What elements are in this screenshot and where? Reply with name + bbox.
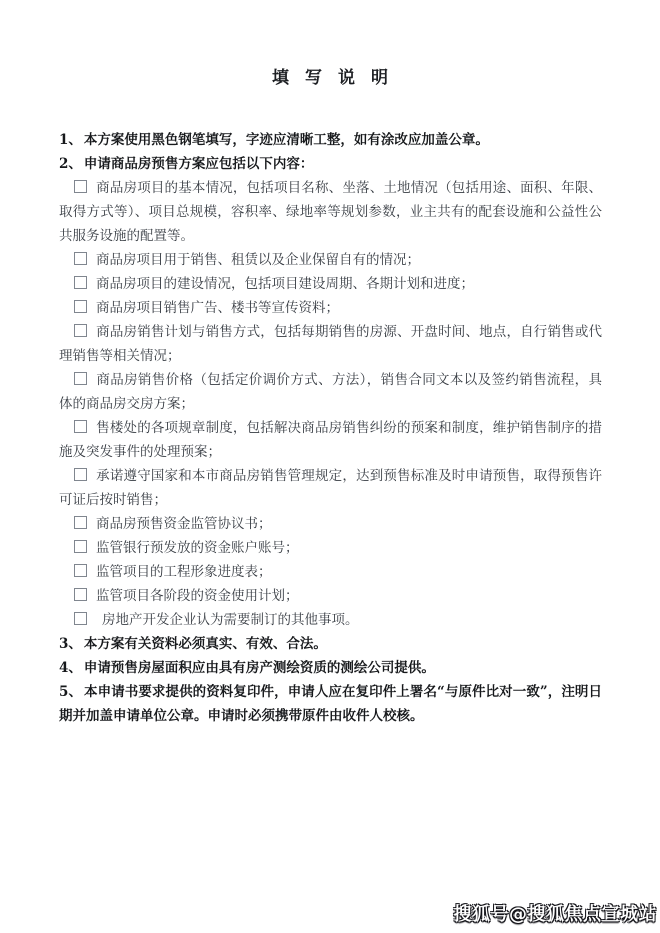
checkbox-icon	[74, 588, 87, 601]
item-number: 1、	[59, 132, 82, 148]
checklist-item-text: 承诺遵守国家和本市商品房销售管理规定，达到预售标准及时申请预售，取得预售许可证后…	[59, 468, 602, 508]
checkbox-icon	[74, 372, 87, 385]
checkbox-icon	[74, 420, 87, 433]
checklist-item-text: 监管银行预发放的资金账户账号；	[96, 540, 299, 556]
checklist-item-text: 商品房项目的建设情况，包括项目建设周期、各期计划和进度；	[96, 276, 474, 292]
item-text: 本方案有关资料必须真实、有效、合法。	[84, 636, 327, 652]
checklist-item: 房地产开发企业认为需要制订的其他事项。	[59, 608, 602, 632]
checklist-item: 监管项目各阶段的资金使用计划；	[59, 584, 602, 608]
checklist-item: 售楼处的各项规章制度，包括解决商品房销售纠纷的预案和制度，维护销售制序的措施及突…	[59, 416, 602, 464]
item-number: 2、	[59, 156, 82, 172]
checklist-item: 商品房销售价格（包括定价调价方式、方法），销售合同文本以及签约销售流程，具体的商…	[59, 368, 602, 416]
checkbox-icon	[74, 300, 87, 313]
checklist-item: 商品房项目用于销售、租赁以及企业保留自有的情况；	[59, 248, 602, 272]
item-number: 5、	[59, 684, 82, 700]
checklist-item-text: 商品房销售价格（包括定价调价方式、方法），销售合同文本以及签约销售流程，具体的商…	[59, 372, 602, 412]
checkbox-icon	[74, 324, 87, 337]
item-text: 本方案使用黑色钢笔填写，字迹应清晰工整，如有涂改应加盖公章。	[84, 132, 489, 148]
instructions: 1、本方案使用黑色钢笔填写，字迹应清晰工整，如有涂改应加盖公章。 2、申请商品房…	[59, 128, 602, 728]
checkbox-icon	[74, 468, 87, 481]
item-text: 本申请书要求提供的资料复印件，申请人应在复印件上署名“与原件比对一致”，注明日期…	[59, 684, 602, 724]
instruction-item-5: 5、本申请书要求提供的资料复印件，申请人应在复印件上署名“与原件比对一致”，注明…	[59, 680, 602, 728]
checkbox-icon	[74, 540, 87, 553]
checklist-item-text: 监管项目的工程形象进度表；	[96, 564, 272, 580]
checklist-item-text: 监管项目各阶段的资金使用计划；	[96, 588, 299, 604]
instruction-item-1: 1、本方案使用黑色钢笔填写，字迹应清晰工整，如有涂改应加盖公章。	[59, 128, 602, 152]
checklist-item: 监管项目的工程形象进度表；	[59, 560, 602, 584]
item-text: 申请预售房屋面积应由具有房产测绘资质的测绘公司提供。	[84, 660, 435, 676]
checklist-item: 商品房项目销售广告、楼书等宣传资料；	[59, 296, 602, 320]
watermark: 搜狐号@搜狐焦点宣城站	[454, 900, 658, 926]
checklist-item: 商品房项目的建设情况，包括项目建设周期、各期计划和进度；	[59, 272, 602, 296]
item-number: 3、	[59, 636, 82, 652]
instruction-item-2: 2、申请商品房预售方案应包括以下内容：	[59, 152, 602, 176]
checklist-item-text: 商品房销售计划与销售方式，包括每期销售的房源、开盘时间、地点，自行销售或代理销售…	[59, 324, 602, 364]
checklist-item-text: 售楼处的各项规章制度，包括解决商品房销售纠纷的预案和制度，维护销售制序的措施及突…	[59, 420, 602, 460]
item-text: 申请商品房预售方案应包括以下内容：	[84, 156, 314, 172]
checklist-item: 商品房销售计划与销售方式，包括每期销售的房源、开盘时间、地点，自行销售或代理销售…	[59, 320, 602, 368]
checklist-item: 监管银行预发放的资金账户账号；	[59, 536, 602, 560]
checklist-item: 承诺遵守国家和本市商品房销售管理规定，达到预售标准及时申请预售，取得预售许可证后…	[59, 464, 602, 512]
document-page: 填写说明 1、本方案使用黑色钢笔填写，字迹应清晰工整，如有涂改应加盖公章。 2、…	[0, 0, 660, 933]
item-number: 4、	[59, 660, 82, 676]
checklist-item: 商品房预售资金监管协议书；	[59, 512, 602, 536]
checkbox-icon	[74, 564, 87, 577]
checklist-item-text: 商品房预售资金监管协议书；	[96, 516, 272, 532]
checklist-item-text: 房地产开发企业认为需要制订的其他事项。	[102, 612, 359, 628]
page-title: 填写说明	[0, 63, 660, 88]
checkbox-icon	[74, 612, 87, 625]
checkbox-icon	[74, 276, 87, 289]
instruction-item-3: 3、本方案有关资料必须真实、有效、合法。	[59, 632, 602, 656]
checkbox-icon	[74, 516, 87, 529]
instruction-item-4: 4、申请预售房屋面积应由具有房产测绘资质的测绘公司提供。	[59, 656, 602, 680]
checklist-item: 商品房项目的基本情况，包括项目名称、坐落、土地情况（包括用途、面积、年限、取得方…	[59, 176, 602, 248]
checkbox-icon	[74, 180, 87, 193]
checklist-item-text: 商品房项目用于销售、租赁以及企业保留自有的情况；	[96, 252, 420, 268]
checklist-item-text: 商品房项目销售广告、楼书等宣传资料；	[96, 300, 339, 316]
checklist-item-text: 商品房项目的基本情况，包括项目名称、坐落、土地情况（包括用途、面积、年限、取得方…	[59, 180, 602, 244]
checkbox-icon	[74, 252, 87, 265]
